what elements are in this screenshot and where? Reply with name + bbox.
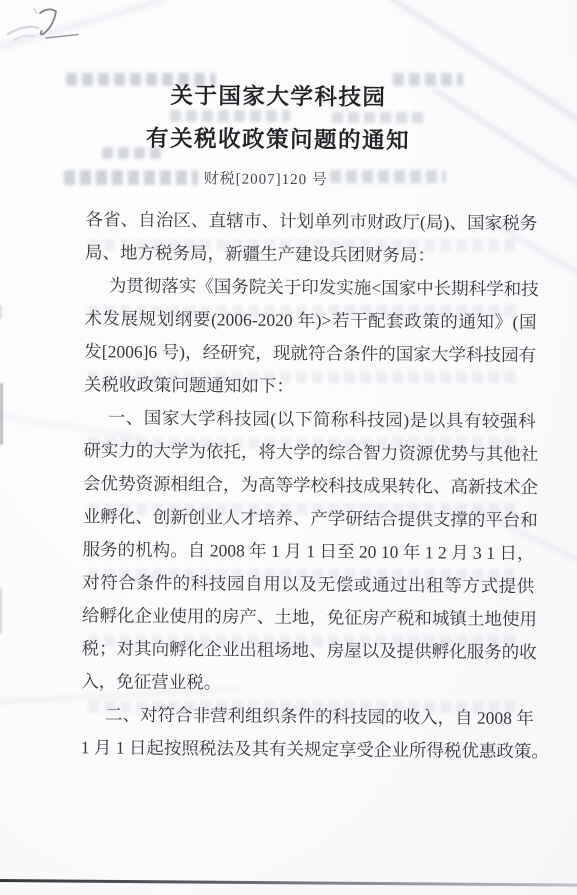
body-line: 会优势资源相组合，为高等学校科技成果转化、高新技术企: [83, 467, 535, 504]
body-line: 税；对其向孵化企业出租场地、房屋以及提供孵化服务的收: [81, 632, 533, 669]
body-line: 业孵化、创新创业人才培养、产学研结合提供支撑的平台和: [83, 500, 535, 537]
body-line: 给孵化企业使用的房产、土地，免征房产税和城镇土地使用: [82, 599, 534, 636]
document-title-line2: 有关税收政策问题的通知: [0, 119, 556, 156]
document-number: 财税[2007]120 号: [0, 165, 544, 191]
body-line: 局、地方税务局，新疆生产建设兵团财务局：: [85, 236, 537, 273]
body-line: 为贯彻落实《国务院关于印发实施<国家中长期科学和技: [85, 269, 537, 306]
body-line: 入，免征营业税。: [81, 665, 533, 702]
body-line: 一、国家大学科技园(以下简称科技园)是以具有较强科: [84, 401, 536, 438]
body-line: 研实力的大学为依托，将大学的综合智力资源优势与其他社: [83, 434, 535, 471]
body-line: 对符合条件的科技园自用以及无偿或通过出租等方式提供: [82, 566, 534, 603]
body-line: 关税收政策问题通知如下：: [84, 368, 536, 405]
body-line: 1 月 1 日起按照税法及其有关规定享受企业所得税优惠政策。: [81, 731, 533, 768]
body-line: 服务的机构。自 2008 年 1 月 1 日至 20 10 年 1 2 月 3 …: [82, 533, 534, 570]
body-line: 二、对符合非营利组织条件的科技园的收入，自 2008 年: [81, 698, 533, 735]
body-line: 术发展规划纲要(2006-2020 年)>若干配套政策的通知》(国: [84, 302, 536, 339]
document-body: 各省、自治区、直辖市、计划单列市财政厅(局)、国家税务局、地方税务局，新疆生产建…: [81, 203, 538, 768]
body-line: 各省、自治区、直辖市、计划单列市财政厅(局)、国家税务: [85, 203, 537, 240]
scanned-document-page: 关于国家大学科技园 有关税收政策问题的通知 财税[2007]120 号 各省、自…: [0, 0, 577, 895]
document-title-line1: 关于国家大学科技园: [0, 76, 556, 113]
body-line: 发[2006]6 号)，经研究，现就符合条件的国家大学科技园有: [84, 335, 536, 372]
document-content: 关于国家大学科技园 有关税收政策问题的通知 财税[2007]120 号 各省、自…: [0, 0, 577, 895]
